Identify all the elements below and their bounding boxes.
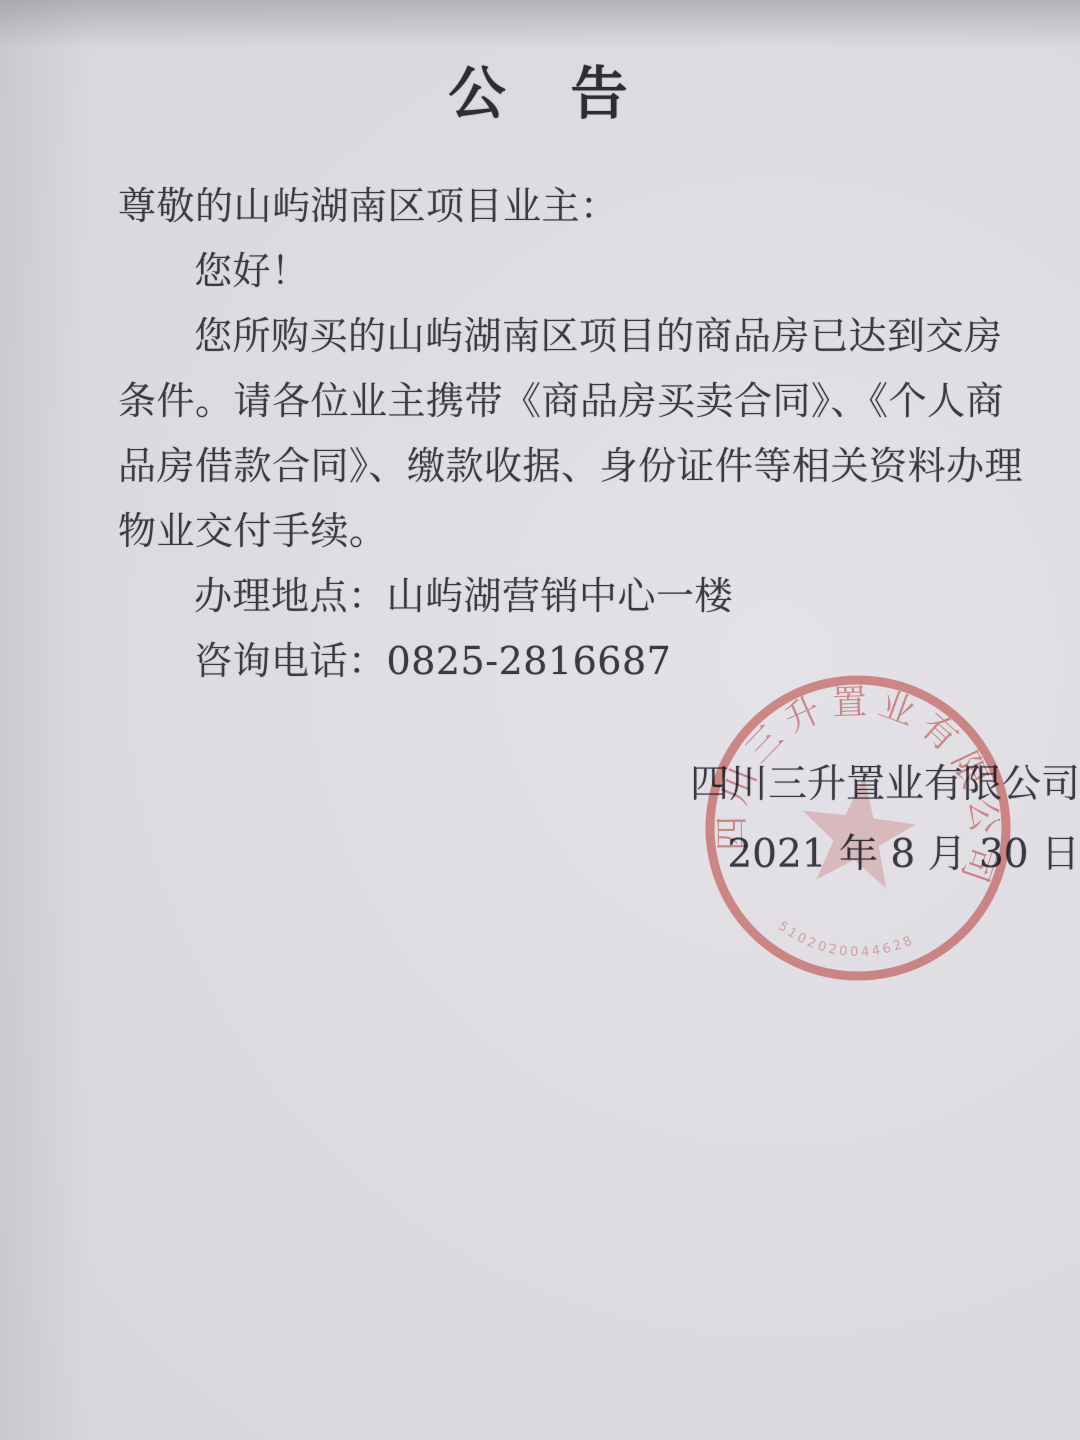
phone-label: 咨询电话： — [194, 639, 387, 683]
location-value: 山屿湖营销中心一楼 — [387, 574, 734, 618]
salutation-line: 尊敬的山屿湖南区项目业主： — [118, 174, 1014, 239]
photographed-notice-page: 公 告 尊敬的山屿湖南区项目业主： 您好！ 您所购买的山屿湖南区项目的商品房已达… — [0, 0, 1080, 1440]
body-line: 条件。请各位业主携带《商品房买卖合同》、《个人商 — [118, 369, 1014, 434]
handover-location-line: 办理地点：山屿湖营销中心一楼 — [118, 564, 1014, 629]
company-seal-stamp: 四川三升置业有限公司 5102020044628 — [698, 668, 1018, 988]
body-line: 品房借款合同》、缴款收据、身份证件等相关资料办理 — [118, 434, 1014, 499]
seal-star-icon — [794, 769, 921, 891]
notice-body: 尊敬的山屿湖南区项目业主： 您好！ 您所购买的山屿湖南区项目的商品房已达到交房 … — [118, 174, 1014, 694]
phone-value: 0825-2816687 — [387, 639, 672, 683]
body-line: 您所购买的山屿湖南区项目的商品房已达到交房 — [118, 304, 1014, 369]
location-label: 办理地点： — [194, 574, 387, 618]
greeting-line: 您好！ — [118, 239, 1014, 304]
body-line: 物业交付手续。 — [118, 499, 1014, 564]
page-title: 公 告 — [0, 0, 1080, 130]
